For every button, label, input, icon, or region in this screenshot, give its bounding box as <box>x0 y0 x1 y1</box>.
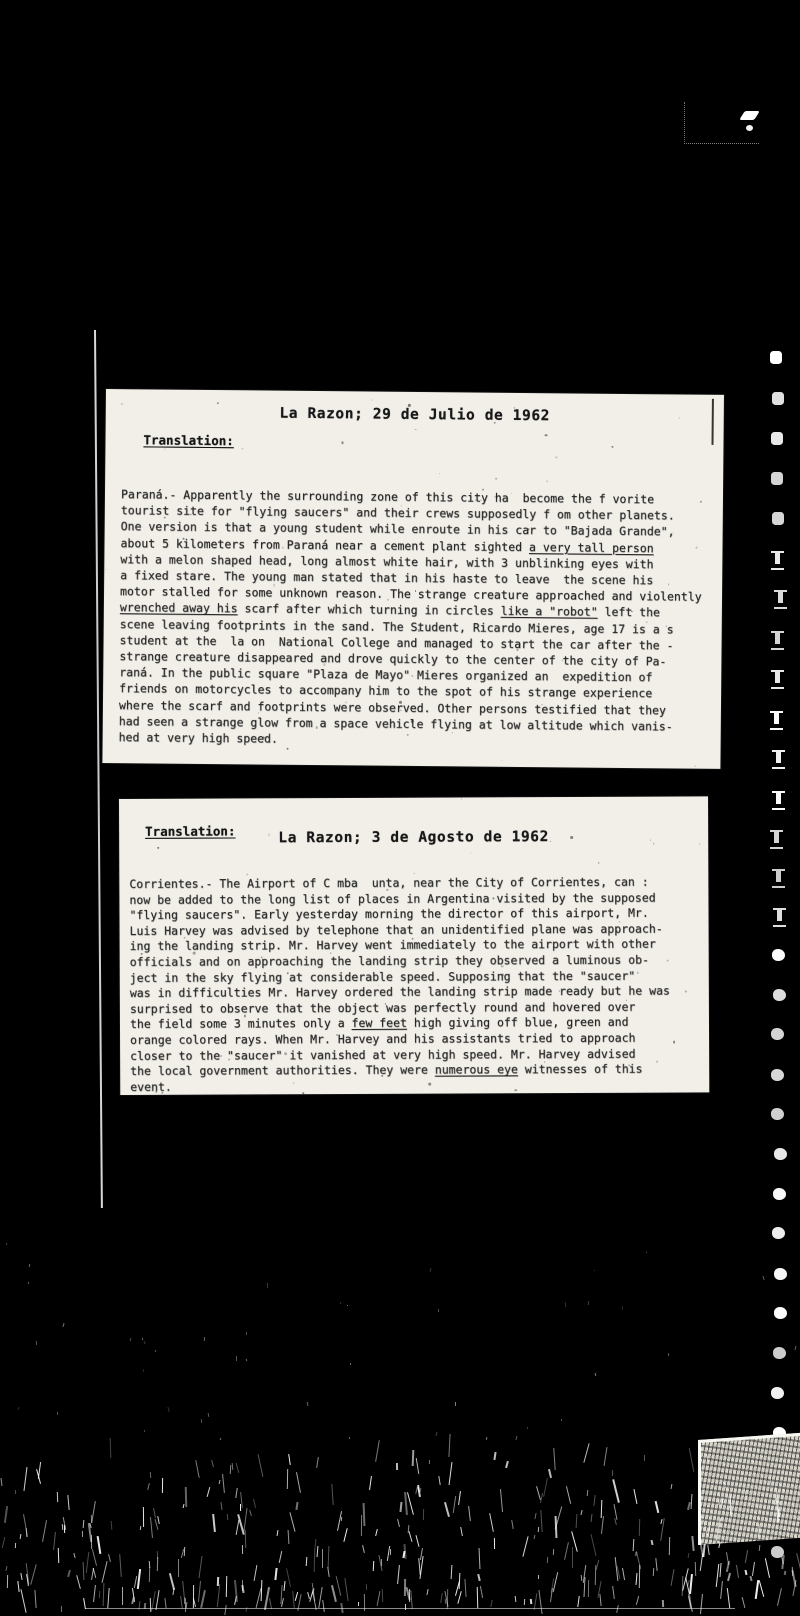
film-speck <box>28 1282 29 1284</box>
film-scratch <box>24 1467 28 1491</box>
film-scratch <box>613 1504 617 1520</box>
film-speck <box>144 1430 146 1432</box>
film-speck <box>201 1419 202 1423</box>
film-scratch <box>612 1586 615 1599</box>
film-speck <box>594 1270 595 1272</box>
film-scratch <box>314 1548 316 1572</box>
film-speck <box>143 1368 144 1372</box>
film-scratch <box>122 1587 123 1605</box>
film-scratch <box>682 1576 684 1596</box>
film-scratch <box>750 1490 754 1505</box>
film-scratch <box>257 1454 263 1477</box>
scan-speck <box>546 480 548 482</box>
text-line: event. <box>130 1077 670 1095</box>
film-speck <box>6 1243 7 1245</box>
scan-speck <box>545 434 547 436</box>
scan-speck <box>341 442 344 445</box>
film-scratch <box>745 1570 748 1575</box>
film-scratch <box>534 1513 536 1519</box>
film-speck <box>349 1437 350 1439</box>
film-scratch <box>236 1463 240 1473</box>
film-scratch <box>373 1560 375 1570</box>
film-scratch <box>178 1559 179 1577</box>
film-scratch <box>109 1438 111 1458</box>
film-speck <box>455 1402 456 1406</box>
film-scratch <box>784 1571 787 1576</box>
sprocket-mark <box>773 989 786 1001</box>
film-scratch <box>479 1548 481 1569</box>
film-scratch <box>572 1546 573 1567</box>
film-speck <box>430 1268 432 1272</box>
film-scratch <box>343 1528 347 1542</box>
film-scratch <box>724 1481 730 1500</box>
film-scratch <box>76 1575 81 1589</box>
film-scratch <box>636 1596 639 1605</box>
film-scratch <box>750 1576 753 1581</box>
film-scratch <box>102 1561 108 1583</box>
film-speck <box>646 1252 647 1254</box>
film-scratch <box>741 1597 745 1608</box>
film-scratch <box>604 1447 608 1466</box>
film-scratch <box>15 1490 16 1494</box>
film-speck <box>595 1373 597 1376</box>
film-scratch <box>634 1489 638 1504</box>
film-scratch <box>3 1506 7 1523</box>
scan-speck <box>242 448 243 449</box>
film-scratch <box>515 1596 517 1602</box>
film-scratch <box>651 1540 654 1545</box>
film-scratch <box>449 1462 453 1485</box>
film-scratch <box>468 1506 471 1521</box>
film-scratch <box>404 1579 406 1596</box>
film-scratch <box>540 1510 542 1532</box>
film-scratch <box>153 1508 156 1518</box>
film-scratch <box>365 1584 366 1590</box>
film-speck <box>763 1276 765 1280</box>
film-scratch <box>791 1567 792 1576</box>
film-scratch-line <box>94 330 103 1208</box>
film-scratch <box>396 1463 398 1470</box>
film-scratch <box>73 1553 75 1558</box>
film-scratch <box>500 1489 503 1512</box>
film-scratch <box>757 1500 760 1510</box>
film-scratch <box>286 1568 291 1586</box>
scan-speck <box>371 399 372 400</box>
film-scratch <box>19 1534 21 1539</box>
film-scratch <box>164 1598 166 1608</box>
film-speck <box>347 1305 348 1306</box>
sprocket-mark <box>771 1069 784 1081</box>
scan-speck <box>684 990 686 992</box>
film-scratch <box>284 1581 286 1591</box>
film-speck <box>18 1407 20 1410</box>
film-scratch <box>736 1565 739 1578</box>
film-scratch <box>584 1443 590 1462</box>
film-scratch <box>669 1537 670 1555</box>
film-scratch <box>529 1599 532 1604</box>
film-speck <box>144 1341 146 1344</box>
film-scratch <box>412 1449 415 1465</box>
film-scratch <box>765 1558 770 1578</box>
sprocket-mark <box>773 1188 786 1200</box>
film-scratch <box>92 1549 97 1566</box>
film-scratch <box>331 1585 337 1602</box>
film-speck <box>167 1407 169 1412</box>
scan-speck <box>555 456 557 458</box>
ink-scratch <box>711 399 713 445</box>
film-scratch <box>691 1536 694 1551</box>
film-scratch <box>157 1557 158 1572</box>
film-scratch <box>328 1546 330 1568</box>
scan-speck <box>105 569 106 570</box>
film-scratch <box>90 1523 92 1528</box>
scan-speck <box>673 1041 675 1043</box>
film-scratch <box>23 1514 28 1537</box>
film-scratch <box>653 1568 654 1576</box>
film-scratch <box>57 1548 58 1563</box>
film-scratch <box>700 1594 703 1614</box>
film-scratch <box>416 1535 420 1547</box>
film-scratch <box>727 1588 730 1608</box>
film-scratch <box>253 1499 256 1508</box>
film-scratch <box>539 1590 543 1614</box>
film-speck <box>130 1338 132 1342</box>
film-scratch <box>416 1458 420 1474</box>
scan-speck <box>217 402 219 404</box>
film-scratch <box>243 1508 247 1531</box>
film-scratch <box>20 1589 26 1612</box>
film-scratch <box>317 1546 319 1557</box>
sprocket-mark <box>771 1108 784 1120</box>
film-scratch <box>83 1598 86 1609</box>
film-scratch <box>225 1604 227 1614</box>
film-scratch <box>590 1534 596 1556</box>
film-scratch <box>34 1590 36 1608</box>
film-scratch <box>404 1544 407 1559</box>
film-scratch <box>409 1589 410 1602</box>
film-scratch <box>219 1480 221 1485</box>
film-scratch <box>296 1502 299 1510</box>
film-speck <box>246 1359 248 1361</box>
film-scratch <box>397 1565 400 1584</box>
film-scratch <box>390 1549 391 1555</box>
film-scratch <box>599 1594 601 1606</box>
film-speck <box>486 1437 488 1440</box>
film-scratch <box>57 1492 58 1502</box>
film-scratch <box>182 1581 185 1597</box>
film-scratch <box>662 1600 664 1607</box>
scan-speck <box>461 798 462 799</box>
film-scratch <box>199 1556 203 1578</box>
film-scratch <box>554 1448 556 1470</box>
film-speck <box>438 1309 439 1312</box>
film-scratch <box>576 1514 578 1528</box>
sprocket-mark <box>774 590 787 609</box>
film-scratch <box>207 1487 211 1497</box>
film-scratch <box>195 1460 199 1478</box>
film-scratch <box>288 1454 291 1465</box>
scan-speck <box>413 872 414 873</box>
film-scratch <box>93 1585 96 1602</box>
film-scratch <box>397 1519 400 1527</box>
film-speck <box>57 1412 58 1415</box>
film-scratch <box>703 1520 708 1537</box>
film-scratch <box>601 1516 604 1534</box>
film-scratch <box>149 1472 150 1479</box>
film-scratch <box>102 1583 104 1606</box>
film-scratch <box>731 1510 732 1517</box>
film-scratch <box>21 1572 23 1579</box>
film-scratch <box>148 1483 151 1490</box>
film-scratch <box>440 1593 443 1603</box>
sprocket-mark <box>771 472 783 485</box>
film-scratch <box>796 1553 800 1568</box>
film-scratch <box>534 1535 536 1539</box>
sprocket-mark <box>772 1227 785 1239</box>
sprocket-mark <box>771 631 784 650</box>
scan-speck <box>246 873 248 875</box>
film-scratch <box>53 1532 56 1550</box>
film-scratch <box>223 1474 226 1493</box>
film-scratch <box>150 1517 153 1538</box>
document-page-1: La Razon; 29 de Julio de 1962 Translatio… <box>102 389 724 769</box>
film-scratch <box>108 1554 111 1562</box>
film-scratch <box>212 1513 216 1531</box>
film-scratch <box>38 1462 41 1479</box>
film-scratch <box>644 1455 645 1461</box>
film-scratch <box>590 1514 592 1522</box>
film-scratch <box>477 1587 479 1608</box>
film-scratch <box>426 1589 428 1595</box>
film-scratch <box>341 1517 342 1521</box>
film-scratch <box>708 1522 711 1534</box>
film-scratch <box>307 1592 310 1599</box>
film-scratch <box>289 1512 295 1532</box>
film-scratch <box>242 1585 245 1593</box>
microfilm-frame: La Razon; 29 de Julio de 1962 Translatio… <box>0 0 800 1616</box>
film-scratch <box>382 1589 383 1602</box>
film-scratch <box>185 1598 186 1612</box>
film-scratch <box>316 1457 319 1468</box>
film-scratch <box>719 1563 721 1577</box>
film-scratch <box>538 1575 539 1579</box>
sprocket-mark <box>772 392 784 405</box>
film-scratch <box>377 1591 381 1606</box>
film-scratch <box>770 1474 771 1487</box>
film-scratch <box>777 1588 782 1605</box>
film-speck <box>204 1337 205 1341</box>
film-scratch <box>61 1606 62 1612</box>
film-scratch <box>716 1518 721 1541</box>
film-speck <box>435 1432 437 1436</box>
film-scratch <box>314 1539 316 1548</box>
film-scratch <box>635 1573 637 1585</box>
film-scratch <box>327 1567 329 1577</box>
sprocket-mark <box>772 750 785 769</box>
film-scratch <box>564 1542 569 1560</box>
film-scratch <box>578 1595 581 1606</box>
film-speck <box>208 1413 210 1417</box>
film-scratch <box>553 1572 558 1592</box>
film-scratch <box>616 1605 619 1613</box>
film-scratch <box>489 1513 494 1532</box>
film-scratch <box>553 1549 554 1555</box>
film-scratch <box>184 1547 185 1556</box>
film-scratch <box>759 1545 761 1551</box>
film-scratch <box>322 1549 323 1568</box>
film-scratch <box>671 1484 673 1489</box>
film-scratch <box>400 1502 403 1512</box>
film-scratch <box>269 1598 272 1609</box>
film-scratch <box>184 1487 186 1507</box>
film-scratch <box>91 1535 92 1549</box>
film-scratch <box>689 1448 694 1471</box>
sprocket-mark <box>772 949 785 961</box>
film-scratch <box>752 1562 755 1576</box>
film-scratch <box>231 1463 233 1470</box>
film-speck <box>141 1338 142 1340</box>
film-speck <box>307 1402 309 1406</box>
film-scratch <box>241 1545 242 1554</box>
scan-speck <box>415 429 416 430</box>
film-scratch <box>67 1570 71 1577</box>
film-scratch <box>490 1600 492 1607</box>
film-scratch <box>758 1524 761 1537</box>
film-scratch <box>720 1581 723 1599</box>
film-scratch <box>444 1502 450 1517</box>
film-speck <box>236 1356 237 1361</box>
film-scratch <box>588 1580 589 1597</box>
film-scratch <box>362 1545 365 1553</box>
film-speck <box>622 1306 623 1310</box>
film-speck <box>588 1301 589 1305</box>
film-speck <box>668 1353 669 1356</box>
scan-speck <box>286 747 288 749</box>
film-scratch <box>540 1493 543 1503</box>
film-scratch <box>212 1460 215 1467</box>
film-scratch <box>480 1586 483 1598</box>
film-scratch <box>695 1562 696 1576</box>
sprocket-mark <box>772 512 784 525</box>
frame-corner-mark <box>684 102 759 144</box>
document-page-2: Translation: La Razon; 3 de Agosto de 19… <box>119 796 709 1095</box>
film-scratch <box>593 1495 595 1506</box>
film-scratch <box>721 1498 724 1506</box>
film-scratch <box>596 1560 600 1570</box>
film-scratch <box>31 1564 37 1584</box>
film-scratch <box>727 1573 731 1582</box>
scan-speck <box>598 862 600 864</box>
film-speck <box>340 1302 342 1305</box>
film-scratch <box>253 1565 257 1581</box>
text-line: the local government authorities. They w… <box>130 1062 670 1080</box>
film-scratch <box>453 1496 456 1513</box>
film-scratch <box>296 1472 301 1493</box>
film-blemish <box>746 125 753 131</box>
film-scratch <box>493 1452 496 1460</box>
film-scratch <box>707 1545 709 1555</box>
film-scratch <box>458 1591 463 1604</box>
film-scratch <box>586 1489 588 1495</box>
film-scratch <box>581 1510 583 1516</box>
sprocket-mark <box>772 791 785 810</box>
film-scratch <box>449 1434 451 1457</box>
film-scratch <box>42 1520 47 1542</box>
film-scratch <box>706 1454 709 1463</box>
film-scratch-line-horizontal <box>85 1608 735 1609</box>
film-scratch <box>458 1491 461 1505</box>
film-scratch <box>1 1478 3 1486</box>
film-scratch <box>17 1581 19 1592</box>
film-scratch <box>759 1580 765 1597</box>
film-scratch <box>745 1550 748 1563</box>
film-scratch <box>408 1531 412 1542</box>
scan-speck <box>470 853 471 854</box>
film-scratch <box>137 1569 141 1589</box>
film-scratch <box>217 1584 221 1607</box>
film-scratch <box>83 1520 85 1528</box>
film-speck <box>29 1264 31 1268</box>
film-scratch <box>276 1530 278 1536</box>
film-scratch <box>6 1566 8 1571</box>
film-scratch <box>691 1494 693 1509</box>
film-scratch <box>612 1470 613 1476</box>
film-scratch <box>718 1542 720 1548</box>
film-scratch <box>753 1460 755 1464</box>
film-scratch <box>538 1527 539 1532</box>
film-scratch <box>274 1568 277 1580</box>
film-speck <box>154 1349 156 1351</box>
sprocket-mark <box>770 830 783 849</box>
film-scratch <box>439 1476 441 1485</box>
film-scratch <box>86 1552 90 1573</box>
sprocket-mark <box>771 670 784 689</box>
sprocket-mark <box>770 711 783 730</box>
film-scratch <box>671 1569 675 1586</box>
film-scratch <box>451 1565 453 1579</box>
film-scratch <box>225 1576 226 1597</box>
film-scratch <box>261 1580 263 1601</box>
film-scratch <box>600 1500 602 1518</box>
sprocket-mark <box>770 351 782 364</box>
film-scratch <box>494 1538 495 1549</box>
film-scratch <box>336 1576 342 1596</box>
film-scratch <box>245 1530 247 1548</box>
film-scratch <box>287 1469 288 1489</box>
film-scratch <box>162 1478 163 1493</box>
film-scratch <box>97 1536 102 1554</box>
film-scratch <box>460 1527 463 1536</box>
film-speck <box>220 1438 222 1440</box>
film-scratch <box>198 1581 201 1602</box>
film-scratch <box>200 1589 206 1607</box>
film-speck <box>246 1332 247 1335</box>
film-speck <box>795 1346 797 1350</box>
film-scratch <box>523 1537 529 1558</box>
film-scratch <box>687 1553 689 1558</box>
film-scratch <box>511 1520 514 1529</box>
film-scratch <box>249 1509 252 1515</box>
film-speck <box>36 1341 37 1345</box>
film-scratch <box>407 1492 414 1515</box>
film-scratch <box>655 1558 657 1571</box>
film-scratch <box>295 1592 298 1601</box>
scan-speck <box>495 478 497 480</box>
film-speck <box>561 1419 562 1421</box>
sprocket-mark <box>774 1148 787 1160</box>
film-scratch <box>465 1579 467 1597</box>
film-speck <box>783 1433 785 1436</box>
